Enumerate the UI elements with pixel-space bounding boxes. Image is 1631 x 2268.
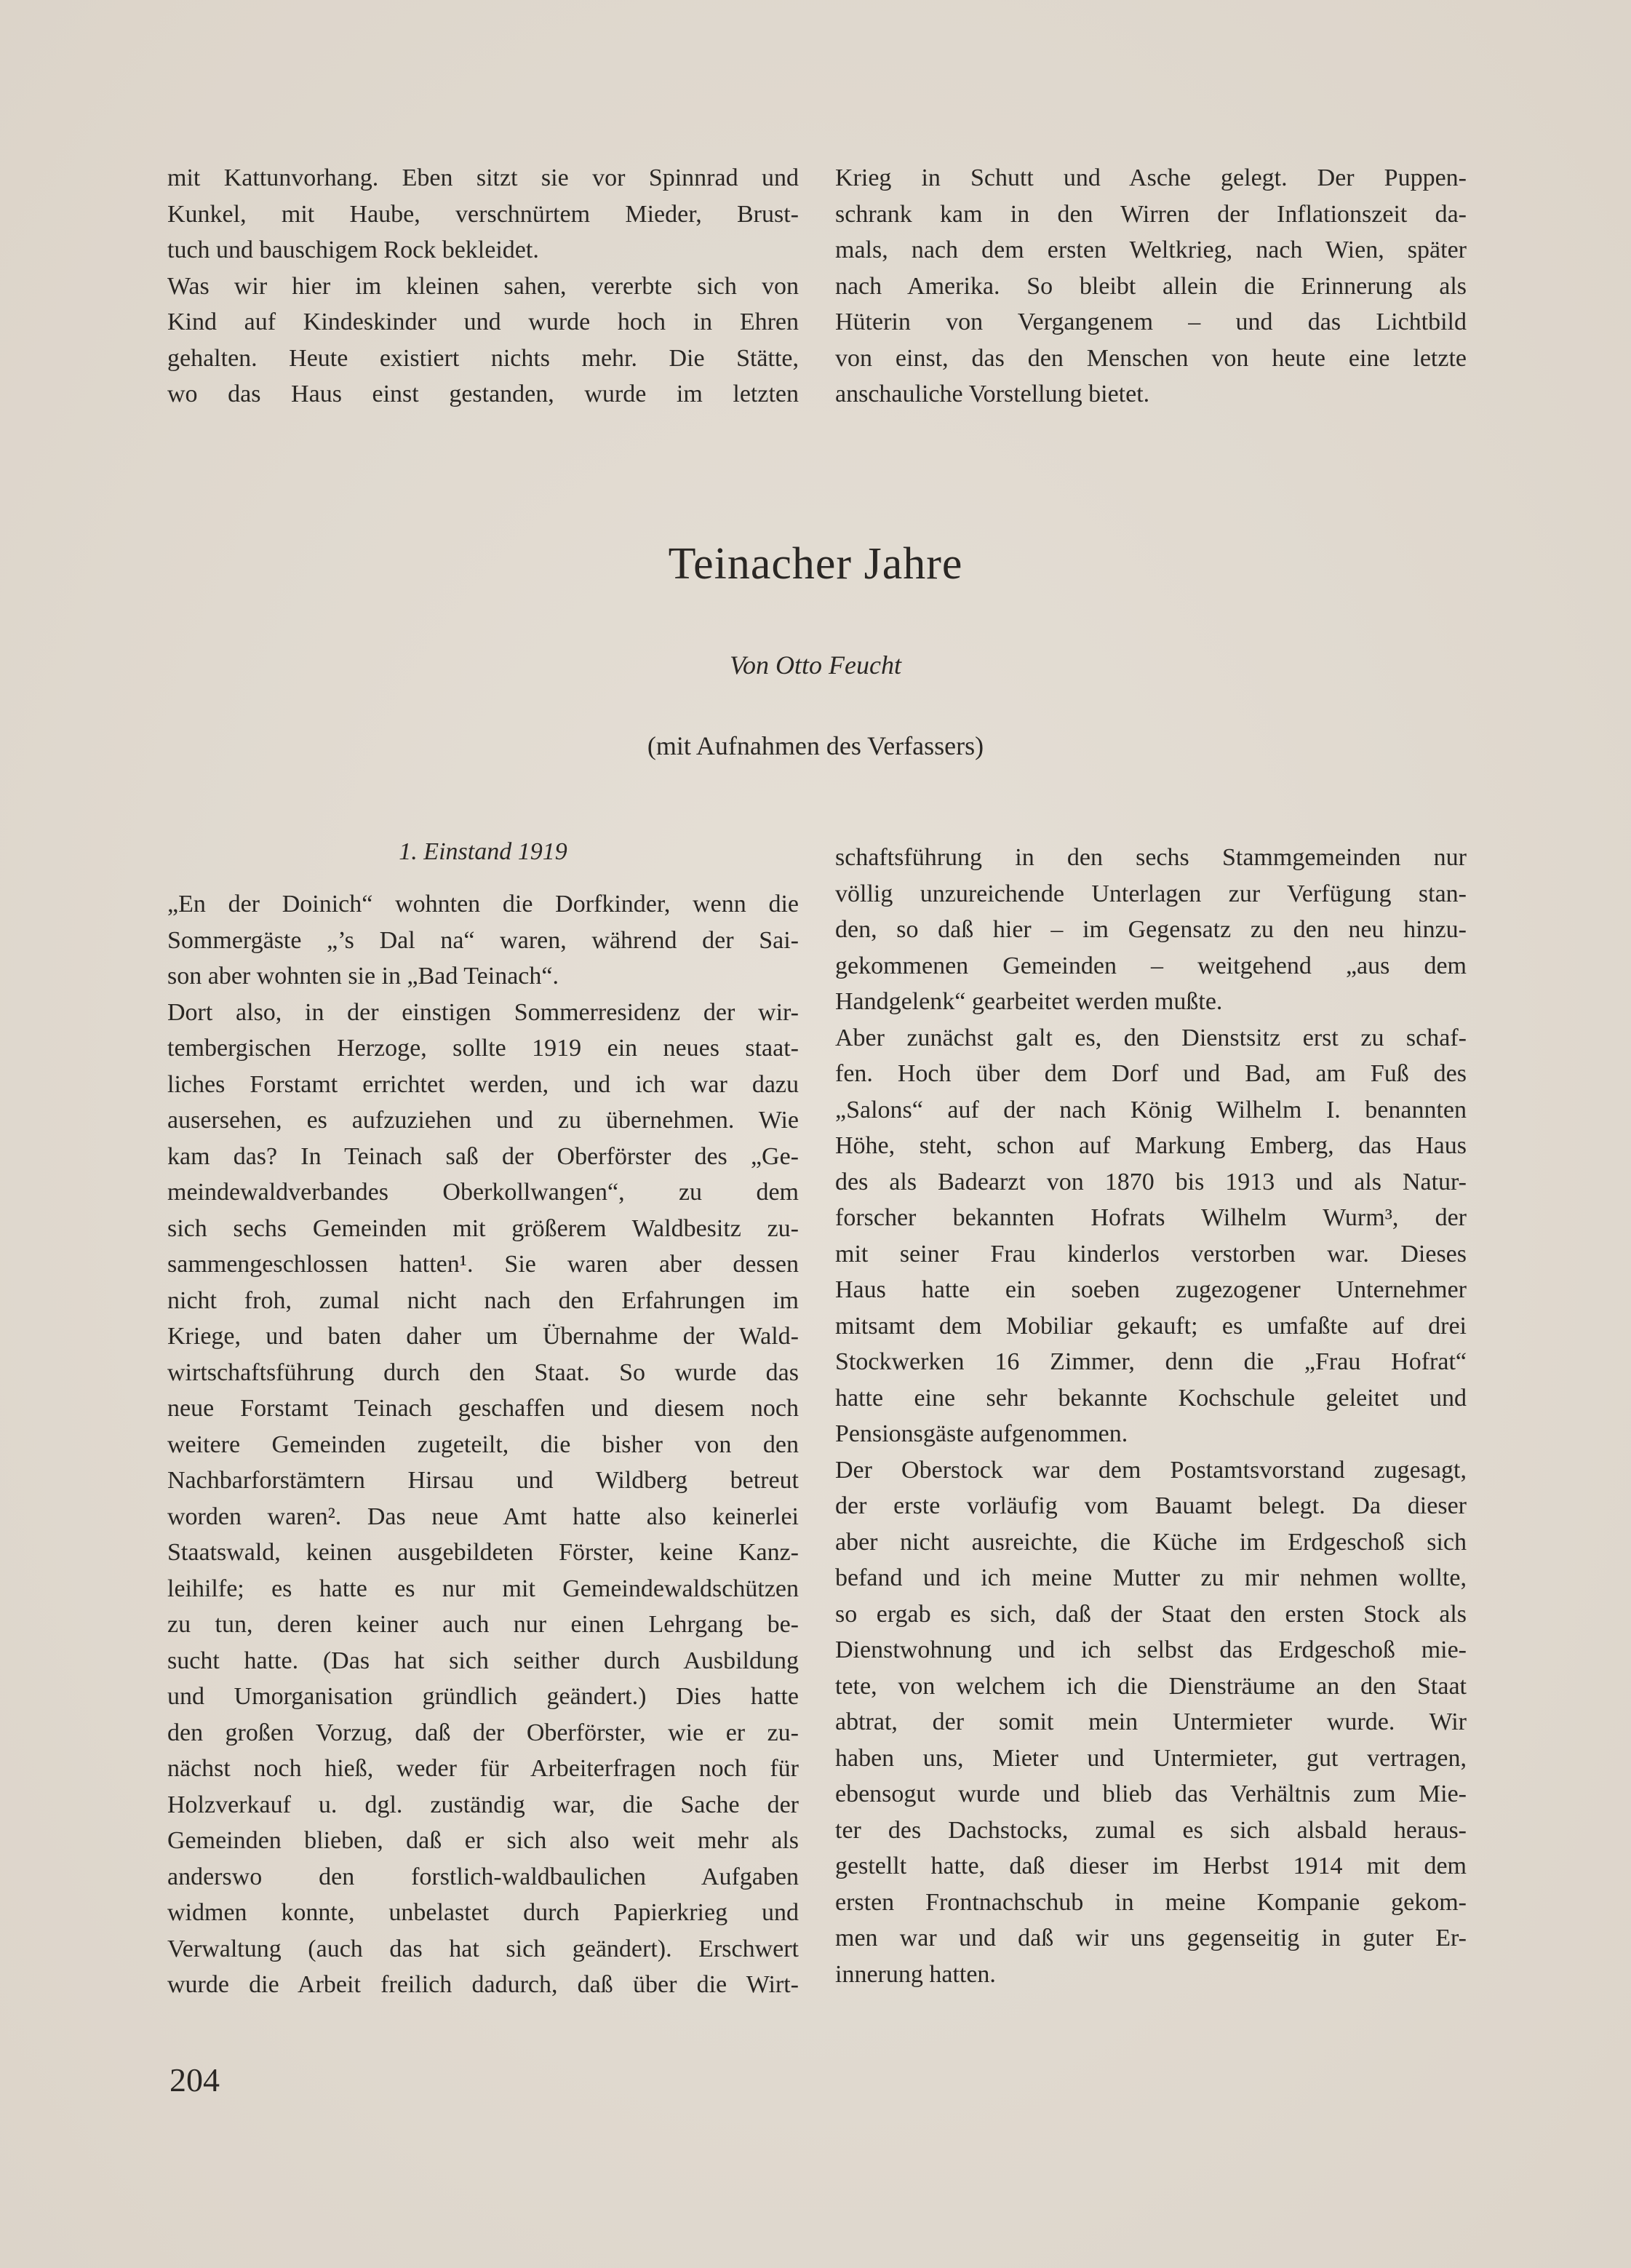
text-line: wurde die Arbeit freilich dadurch, daß ü…: [167, 1967, 799, 2003]
text-line: Haus hatte ein soeben zugezogener Untern…: [835, 1272, 1467, 1308]
text-line: Kriege, und baten daher um Übernahme der…: [167, 1318, 799, 1355]
text-line: wirtschaftsführung durch den Staat. So w…: [167, 1355, 799, 1391]
text-line: Handgelenk“ gearbeitet werden mußte.: [835, 984, 1467, 1020]
text-line: gehalten. Heute existiert nichts mehr. D…: [167, 341, 799, 377]
text-line: Höhe, steht, schon auf Markung Emberg, d…: [835, 1128, 1467, 1164]
page-number: 204: [170, 2061, 220, 2099]
text-line: Pensionsgäste aufgenommen.: [835, 1416, 1467, 1452]
text-line: aber nicht ausreichte, die Küche im Erdg…: [835, 1524, 1467, 1561]
text-line: Kind auf Kindeskinder und wurde hoch in …: [167, 304, 799, 341]
text-line: des als Badearzt von 1870 bis 1913 und a…: [835, 1164, 1467, 1201]
text-line: gestellt hatte, daß dieser im Herbst 191…: [835, 1848, 1467, 1885]
text-line: völlig unzureichende Unterlagen zur Verf…: [835, 876, 1467, 912]
text-line: schaftsführung in den sechs Stammgemeind…: [835, 840, 1467, 876]
text-line: meindewaldverbandes Oberkollwangen“, zu …: [167, 1174, 799, 1211]
text-line: ebensogut wurde und blieb das Verhältnis…: [835, 1776, 1467, 1813]
text-line: Staatswald, keinen ausgebildeten Förster…: [167, 1535, 799, 1571]
text-line: Hüterin von Vergangenem – und das Lichtb…: [835, 304, 1467, 341]
text-line: tembergischen Herzoge, sollte 1919 ein n…: [167, 1030, 799, 1067]
text-line: Verwaltung (auch das hat sich geändert).…: [167, 1931, 799, 1967]
section-heading: 1. Einstand 1919: [167, 838, 799, 866]
book-page: mit Kattunvorhang. Eben sitzt sie vor Sp…: [0, 0, 1631, 2268]
text-line: „En der Doinich“ wohnten die Dorfkinder,…: [167, 886, 799, 923]
text-line: mit Kattunvorhang. Eben sitzt sie vor Sp…: [167, 160, 799, 196]
text-line: neue Forstamt Teinach geschaffen und die…: [167, 1390, 799, 1427]
text-line: fen. Hoch über dem Dorf und Bad, am Fuß …: [835, 1056, 1467, 1092]
text-line: son aber wohnten sie in „Bad Teinach“.: [167, 958, 799, 995]
text-line: worden waren². Das neue Amt hatte also k…: [167, 1499, 799, 1535]
text-line: abtrat, der somit mein Untermieter wurde…: [835, 1704, 1467, 1740]
text-line: hatte eine sehr bekannte Kochschule gele…: [835, 1380, 1467, 1417]
text-line: Kunkel, mit Haube, verschnürtem Mieder, …: [167, 196, 799, 233]
text-line: anschauliche Vorstellung bietet.: [835, 376, 1467, 413]
text-line: sammengeschlossen hatten¹. Sie waren abe…: [167, 1246, 799, 1283]
text-line: schrank kam in den Wirren der Inflations…: [835, 196, 1467, 233]
text-line: „Salons“ auf der nach König Wilhelm I. b…: [835, 1092, 1467, 1129]
text-line: men war und daß wir uns gegenseitig in g…: [835, 1920, 1467, 1957]
text-line: zu tun, deren keiner auch nur einen Lehr…: [167, 1607, 799, 1643]
text-line: ter des Dachstocks, zumal es sich alsbal…: [835, 1813, 1467, 1849]
text-line: tuch und bauschigem Rock bekleidet.: [167, 232, 799, 268]
article-author: Von Otto Feucht: [0, 650, 1631, 680]
text-line: innerung hatten.: [835, 1957, 1467, 1993]
text-line: liches Forstamt errichtet werden, und ic…: [167, 1067, 799, 1103]
text-line: und Umorganisation gründlich geändert.) …: [167, 1679, 799, 1715]
text-line: sich sechs Gemeinden mit größerem Waldbe…: [167, 1211, 799, 1247]
previous-article-left-column: mit Kattunvorhang. Eben sitzt sie vor Sp…: [167, 160, 799, 413]
text-line: mitsamt dem Mobiliar gekauft; es umfaßte…: [835, 1308, 1467, 1345]
text-line: Nachbarforstämtern Hirsau und Wildberg b…: [167, 1463, 799, 1499]
text-line: nach Amerika. So bleibt allein die Erinn…: [835, 268, 1467, 305]
article-title: Teinacher Jahre: [0, 538, 1631, 590]
text-line: Aber zunächst galt es, den Dienstsitz er…: [835, 1020, 1467, 1057]
text-line: haben uns, Mieter und Untermieter, gut v…: [835, 1740, 1467, 1777]
text-line: wo das Haus einst gestanden, wurde im le…: [167, 376, 799, 413]
text-line: Was wir hier im kleinen sahen, vererbte …: [167, 268, 799, 305]
text-line: Dort also, in der einstigen Sommerreside…: [167, 995, 799, 1031]
text-line: den großen Vorzug, daß der Oberförster, …: [167, 1715, 799, 1751]
article-left-column: „En der Doinich“ wohnten die Dorfkinder,…: [167, 886, 799, 2003]
text-line: mals, nach dem ersten Weltkrieg, nach Wi…: [835, 232, 1467, 268]
text-line: Krieg in Schutt und Asche gelegt. Der Pu…: [835, 160, 1467, 196]
previous-article-right-column: Krieg in Schutt und Asche gelegt. Der Pu…: [835, 160, 1467, 413]
text-line: nächst noch hieß, weder für Arbeiterfrag…: [167, 1751, 799, 1787]
text-line: widmen konnte, unbelastet durch Papierkr…: [167, 1895, 799, 1931]
text-line: Dienstwohnung und ich selbst das Erdgesc…: [835, 1632, 1467, 1668]
text-line: weitere Gemeinden zugeteilt, die bisher …: [167, 1427, 799, 1463]
text-line: forscher bekannten Hofrats Wilhelm Wurm³…: [835, 1200, 1467, 1236]
text-line: anderswo den forstlich-waldbaulichen Auf…: [167, 1859, 799, 1895]
text-line: leihilfe; es hatte es nur mit Gemeindewa…: [167, 1571, 799, 1607]
text-line: den, so daß hier – im Gegensatz zu den n…: [835, 912, 1467, 948]
text-line: Sommergäste „’s Dal na“ waren, während d…: [167, 923, 799, 959]
text-line: gekommenen Gemeinden – weitgehend „aus d…: [835, 948, 1467, 984]
text-line: Stockwerken 16 Zimmer, denn die „Frau Ho…: [835, 1344, 1467, 1380]
photo-credits: (mit Aufnahmen des Verfassers): [0, 731, 1631, 761]
text-line: nicht froh, zumal nicht nach den Erfahru…: [167, 1283, 799, 1319]
text-line: mit seiner Frau kinderlos verstorben war…: [835, 1236, 1467, 1273]
text-line: der erste vorläufig vom Bauamt belegt. D…: [835, 1488, 1467, 1524]
text-line: Holzverkauf u. dgl. zuständig war, die S…: [167, 1787, 799, 1823]
text-line: Der Oberstock war dem Postamtsvorstand z…: [835, 1452, 1467, 1489]
text-line: ausersehen, es aufzuziehen und zu überne…: [167, 1102, 799, 1139]
text-line: kam das? In Teinach saß der Oberförster …: [167, 1139, 799, 1175]
text-line: Gemeinden blieben, daß er sich also weit…: [167, 1823, 799, 1859]
text-line: befand und ich meine Mutter zu mir nehme…: [835, 1560, 1467, 1596]
article-right-column: schaftsführung in den sechs Stammgemeind…: [835, 840, 1467, 1992]
text-line: sucht hatte. (Das hat sich seither durch…: [167, 1643, 799, 1679]
text-line: tete, von welchem ich die Diensträume an…: [835, 1668, 1467, 1705]
text-line: ersten Frontnachschub in meine Kompanie …: [835, 1885, 1467, 1921]
text-line: so ergab es sich, daß der Staat den erst…: [835, 1596, 1467, 1633]
text-line: von einst, das den Menschen von heute ei…: [835, 341, 1467, 377]
